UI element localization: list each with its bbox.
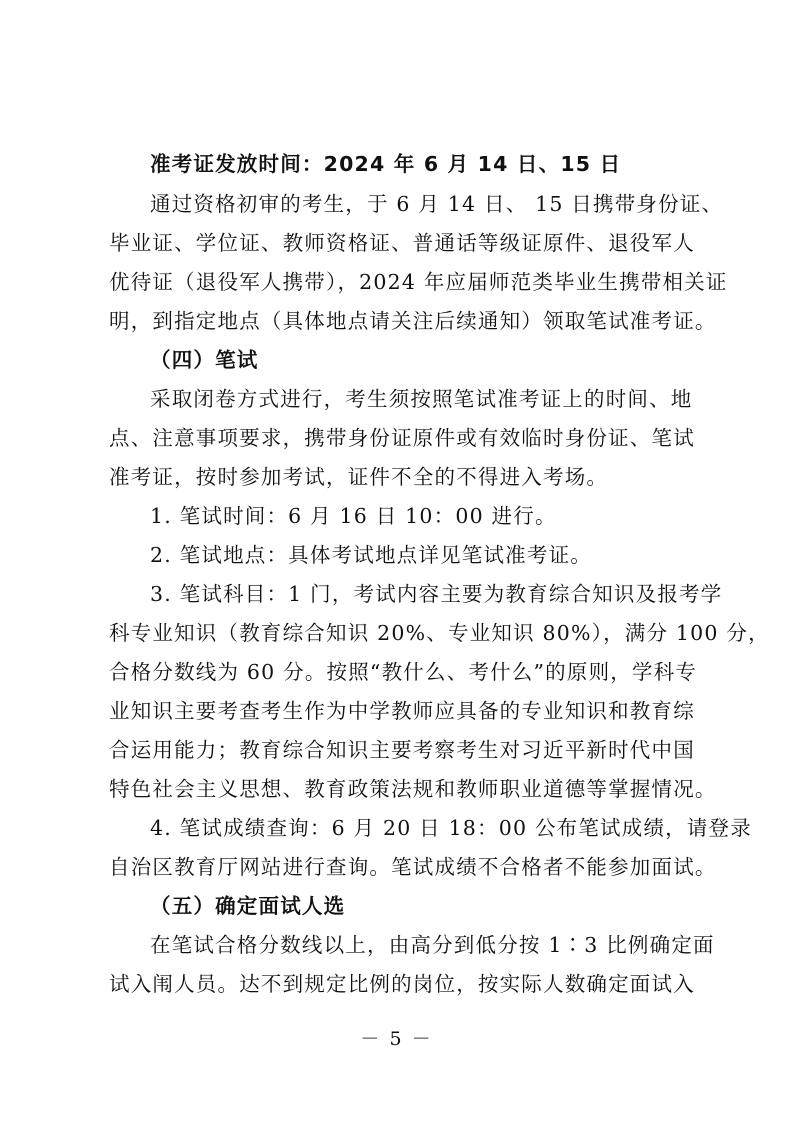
section-heading-written-exam: （四）笔试	[150, 348, 699, 372]
list-item-exam-location: 2. 笔试地点：具体考试地点详见笔试准考证。	[150, 543, 699, 567]
paragraph-line: 通过资格初审的考生，于 6 月 14 日、 15 日携带身份证、	[150, 192, 699, 216]
paragraph-line: 优待证（退役军人携带），2024 年应届师范类毕业生携带相关证	[109, 270, 699, 294]
list-item-exam-time: 1. 笔试时间：6 月 16 日 10：00 进行。	[150, 504, 699, 528]
paragraph-line: 采取闭卷方式进行，考生须按照笔试准考证上的时间、地	[150, 387, 699, 411]
paragraph-line: 特色社会主义思想、教育政策法规和教师职业道德等掌握情况。	[109, 777, 699, 801]
paragraph-line: 毕业证、学位证、教师资格证、普通话等级证原件、退役军人	[109, 231, 699, 255]
paragraph-line: 点、注意事项要求，携带身份证原件或有效临时身份证、笔试	[109, 426, 699, 450]
list-item-score-query: 4. 笔试成绩查询：6 月 20 日 18：00 公布笔试成绩，请登录	[150, 816, 699, 840]
paragraph-line: 在笔试合格分数线以上，由高分到低分按 1∶3 比例确定面	[150, 933, 699, 957]
paragraph-line: 明，到指定地点（具体地点请关注后续通知）领取笔试准考证。	[109, 309, 699, 333]
paragraph-line: 业知识主要考查考生作为中学教师应具备的专业知识和教育综	[109, 699, 699, 723]
list-item-exam-subject: 3. 笔试科目：1 门，考试内容主要为教育综合知识及报考学	[150, 582, 699, 606]
section-heading-interview-candidates: （五）确定面试人选	[150, 894, 699, 918]
paragraph-line: 准考证，按时参加考试，证件不全的不得进入考场。	[109, 465, 699, 489]
paragraph-line: 自治区教育厅网站进行查询。笔试成绩不合格者不能参加面试。	[109, 855, 699, 879]
paragraph-line: 试入闱人员。达不到规定比例的岗位，按实际人数确定面试入	[109, 972, 699, 996]
document-page: 准考证发放时间：2024 年 6 月 14 日、15 日 通过资格初审的考生，于…	[0, 0, 793, 1122]
paragraph-line: 科专业知识（教育综合知识 20%、专业知识 80%），满分 100 分，	[109, 621, 699, 645]
page-number: － 5 －	[0, 1024, 793, 1051]
heading-admission-ticket-time: 准考证发放时间：2024 年 6 月 14 日、15 日	[150, 152, 699, 176]
paragraph-line: 合格分数线为 60 分。按照“教什么、考什么”的原则，学科专	[109, 660, 699, 684]
paragraph-line: 合运用能力；教育综合知识主要考察考生对习近平新时代中国	[109, 738, 699, 762]
